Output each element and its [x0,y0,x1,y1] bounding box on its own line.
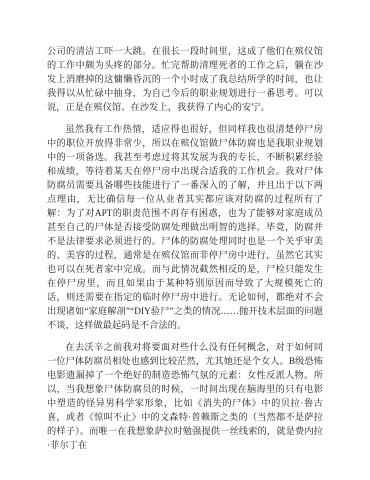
body-paragraph-1: 公司的清洁工吓一大跳。在很长一段时间里，这成了他们在殡仪馆的工作中颇为头疼的部分… [47,44,323,114]
book-page: 公司的清洁工吓一大跳。在很长一段时间里，这成了他们在殡仪馆的工作中颇为头疼的部分… [0,0,370,480]
body-paragraph-3: 在去沃辛之前我对将要面对些什么没有任何概念，对于如何同一位尸体防腐员相处也感到比… [47,340,323,452]
page-text-content: 公司的清洁工吓一大跳。在很长一段时间里，这成了他们在殡仪馆的工作中颇为头疼的部分… [47,44,323,460]
body-paragraph-2: 虽然我有工作热情，适应得也很好，但同样我也很清楚停尸房中的职位开放得非常少，所以… [47,122,323,332]
